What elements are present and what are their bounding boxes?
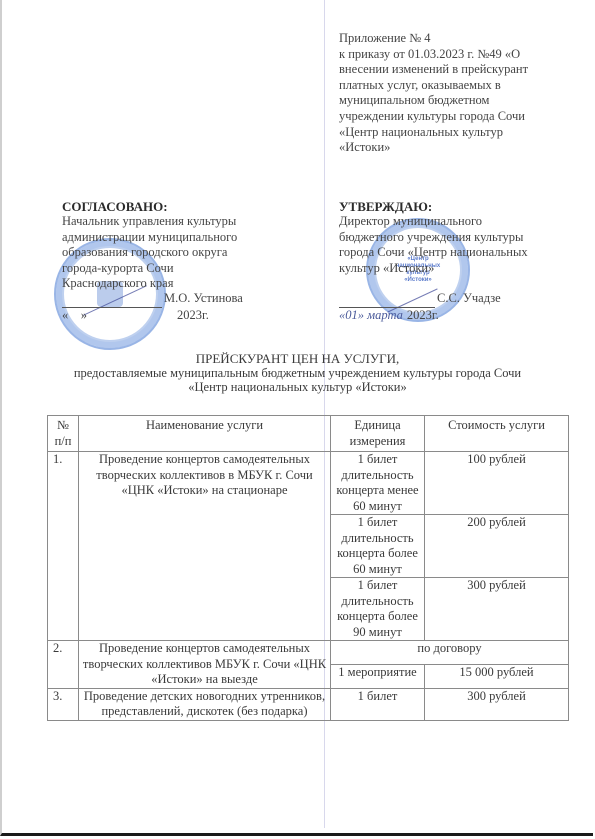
appendix-line: внесении изменений в прейскурант — [339, 62, 579, 78]
signature-blank — [62, 291, 162, 307]
confirmed-heading: УТВЕРЖДАЮ: — [339, 199, 579, 214]
appendix-header: Приложение № 4 к приказу от 01.03.2023 г… — [339, 31, 579, 156]
signature-blank — [339, 291, 435, 307]
agreed-heading: СОГЛАСОВАНО: — [62, 199, 312, 214]
agreed-line: образования городского округа — [62, 245, 312, 260]
row-num: 1. — [48, 452, 79, 641]
document-subtitle: предоставляемые муниципальным бюджетным … — [20, 366, 575, 380]
approval-block-confirmed: УТВЕРЖДАЮ: Директор муниципального бюдже… — [339, 199, 579, 323]
appendix-line: «Центр национальных культур — [339, 125, 579, 141]
row-service-name: Проведение детских новогодних утренников… — [79, 688, 331, 720]
appendix-line: муниципальном бюджетном — [339, 93, 579, 109]
row-price: 100 рублей — [425, 452, 569, 515]
signatory-name: М.О. Устинова — [164, 291, 243, 306]
approval-block-agreed: СОГЛАСОВАНО: Начальник управления культу… — [62, 199, 312, 323]
confirmed-line: культур «Истоки» — [339, 261, 579, 276]
agreed-line: Начальник управления культуры — [62, 214, 312, 229]
row-price: 300 рублей — [425, 688, 569, 720]
confirmed-line: бюджетного учреждения культуры — [339, 230, 579, 245]
row-service-name: Проведение концертов самодеятельных твор… — [79, 641, 331, 689]
row-unit: 1 билет — [331, 688, 425, 720]
agreed-line: Краснодарского края — [62, 276, 312, 291]
document-title: ПРЕЙСКУРАНТ ЦЕН НА УСЛУГИ, — [20, 352, 575, 366]
agreed-line: города-курорта Сочи — [62, 261, 312, 276]
appendix-line: «Истоки» — [339, 140, 579, 156]
row-unit: 1 билет длительность концерта более 60 м… — [331, 515, 425, 578]
date-line: « » 2023г. — [62, 308, 312, 323]
row-price: 15 000 рублей — [425, 664, 569, 688]
confirmed-line: Директор муниципального — [339, 214, 579, 229]
date-year: 2023г. — [407, 308, 439, 323]
signatory-name: С.С. Учадзе — [437, 291, 501, 306]
date-day: « » — [62, 308, 177, 323]
row-merged-price: по договору — [331, 641, 569, 665]
confirmed-line: города Сочи «Центр национальных — [339, 245, 579, 260]
agreed-line: администрации муниципального — [62, 230, 312, 245]
appendix-line: учреждении культуры города Сочи — [339, 109, 579, 125]
signature-line: М.О. Устинова — [62, 291, 312, 307]
appendix-line: к приказу от 01.03.2023 г. №49 «О — [339, 47, 579, 63]
row-num: 2. — [48, 641, 79, 689]
price-table: № п/п Наименование услуги Единица измере… — [47, 415, 569, 721]
header-service-name: Наименование услуги — [79, 416, 331, 452]
header-num: № п/п — [48, 416, 79, 452]
row-unit: 1 билет длительность концерта менее 60 м… — [331, 452, 425, 515]
table-row: 2. Проведение концертов самодеятельных т… — [48, 641, 569, 665]
document-subtitle-org: «Центр национальных культур «Истоки» — [20, 380, 575, 394]
table-header-row: № п/п Наименование услуги Единица измере… — [48, 416, 569, 452]
signature-line: С.С. Учадзе — [339, 291, 579, 307]
row-service-name: Проведение концертов самодеятельных твор… — [79, 452, 331, 641]
header-unit: Единица измерения — [331, 416, 425, 452]
table-row: 3. Проведение детских новогодних утренни… — [48, 688, 569, 720]
appendix-line: Приложение № 4 — [339, 31, 579, 47]
table-row: 1. Проведение концертов самодеятельных т… — [48, 452, 569, 515]
date-year: 2023г. — [177, 308, 209, 323]
header-price: Стоимость услуги — [425, 416, 569, 452]
row-price: 200 рублей — [425, 515, 569, 578]
row-price: 300 рублей — [425, 578, 569, 641]
row-unit: 1 мероприятие — [331, 664, 425, 688]
row-unit: 1 билет длительность концерта более 90 м… — [331, 578, 425, 641]
date-day: «01» марта — [339, 308, 403, 323]
appendix-line: платных услуг, оказываемых в — [339, 78, 579, 94]
date-line: «01» марта 2023г. — [339, 308, 579, 323]
row-num: 3. — [48, 688, 79, 720]
